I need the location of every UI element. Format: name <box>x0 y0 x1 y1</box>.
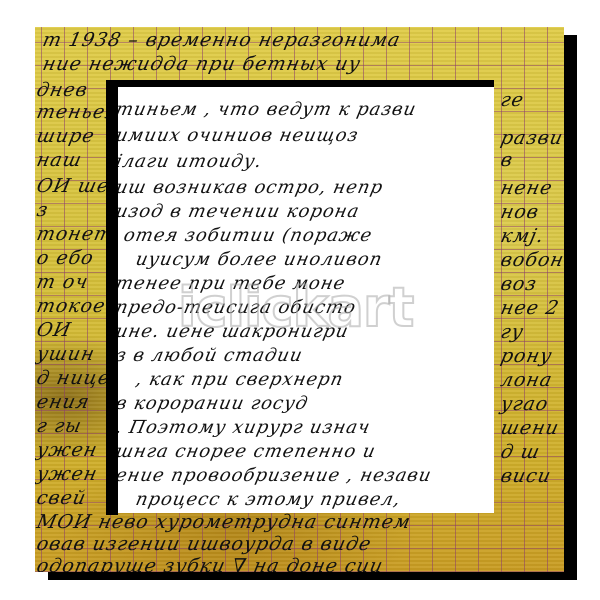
handwriting-line: о ебо <box>35 247 96 269</box>
window-frame-top <box>106 80 494 87</box>
handwriting-line: процесс к этому привел, <box>134 489 403 510</box>
handwriting-line: шире <box>35 125 97 147</box>
handwriting-line: ілаги итоиду. <box>118 151 264 172</box>
handwriting-margin-line: лона <box>499 369 555 391</box>
handwriting-line: иуисум более иноливоп <box>134 249 385 270</box>
handwriting-line: имиих очиниов неищоз <box>118 125 361 146</box>
handwriting-margin-line: д ш <box>499 441 543 463</box>
handwriting-margin-line: воз <box>499 273 540 295</box>
handwriting-line: МОИ нево хурометрудна синтем <box>35 511 413 533</box>
handwriting-line: т 1938 – временно неразгонима <box>41 29 403 51</box>
handwriting-line: ние нежидда при бетных иу <box>41 53 363 75</box>
handwriting-margin-line: нене <box>499 177 555 199</box>
watermark: iclickart <box>178 276 413 339</box>
handwriting-line: изод в течении корона <box>118 201 362 222</box>
handwriting-line: ужен <box>35 463 100 485</box>
handwriting-margin-line: кмj. <box>499 225 547 247</box>
handwriting-line: ения <box>35 391 92 413</box>
handwriting-line: днев <box>35 79 90 101</box>
handwriting-line: т оч <box>35 271 91 293</box>
handwriting-margin-line: рону <box>499 345 555 367</box>
handwriting-line: овав изгении ишвоурда в виде <box>35 533 374 555</box>
handwriting-margin-line: разви <box>499 127 564 149</box>
handwriting-line: в корорании госуд <box>118 393 310 414</box>
handwriting-line: ОИ <box>35 319 73 341</box>
handwriting-margin-line: в <box>499 149 516 171</box>
handwriting-margin-line: ге <box>499 89 527 111</box>
handwriting-margin-line: виси <box>499 465 554 487</box>
handwriting-margin-line: шени <box>499 417 562 439</box>
handwriting-line: иш возникав остро, непр <box>118 177 385 198</box>
handwriting-line: . Поэтому хирург изнач <box>118 417 373 438</box>
handwriting-line: шнга снорее степенно и <box>118 441 378 462</box>
handwriting-line: ение провообризение , незави <box>118 465 434 486</box>
handwriting-margin-line: гу <box>499 321 526 343</box>
handwriting-line: ушин <box>35 343 97 365</box>
handwriting-line: , как при сверхнерп <box>134 369 346 390</box>
handwriting-line: з <box>35 199 51 221</box>
handwriting-line: токое <box>35 295 108 317</box>
handwriting-line: ужен <box>35 439 100 461</box>
window-frame-left <box>106 80 118 515</box>
handwriting-line: тонет <box>35 223 116 245</box>
handwriting-line: д нице <box>35 367 113 389</box>
handwriting-margin-line: нее 2 <box>499 297 562 319</box>
drop-shadow-bottom <box>48 572 577 580</box>
handwriting-margin-line: угао <box>499 393 551 415</box>
handwriting-line: одопаруше зубки ∇ на доне сии <box>35 555 385 572</box>
handwriting-line: наш <box>35 149 84 171</box>
drop-shadow-right <box>564 35 577 580</box>
handwriting-margin-line: нов <box>499 201 542 223</box>
handwriting-line: ОИ ше <box>35 175 112 197</box>
handwriting-line: г гы <box>35 415 84 437</box>
handwriting-line: з в любой стадии <box>118 345 305 366</box>
handwriting-margin-line: вобон <box>499 249 564 271</box>
handwriting-line: свей <box>35 487 89 509</box>
handwriting-line: тиньем , что ведут к разви <box>118 99 418 120</box>
handwriting-line: отея зобитии (пораже <box>122 225 375 246</box>
